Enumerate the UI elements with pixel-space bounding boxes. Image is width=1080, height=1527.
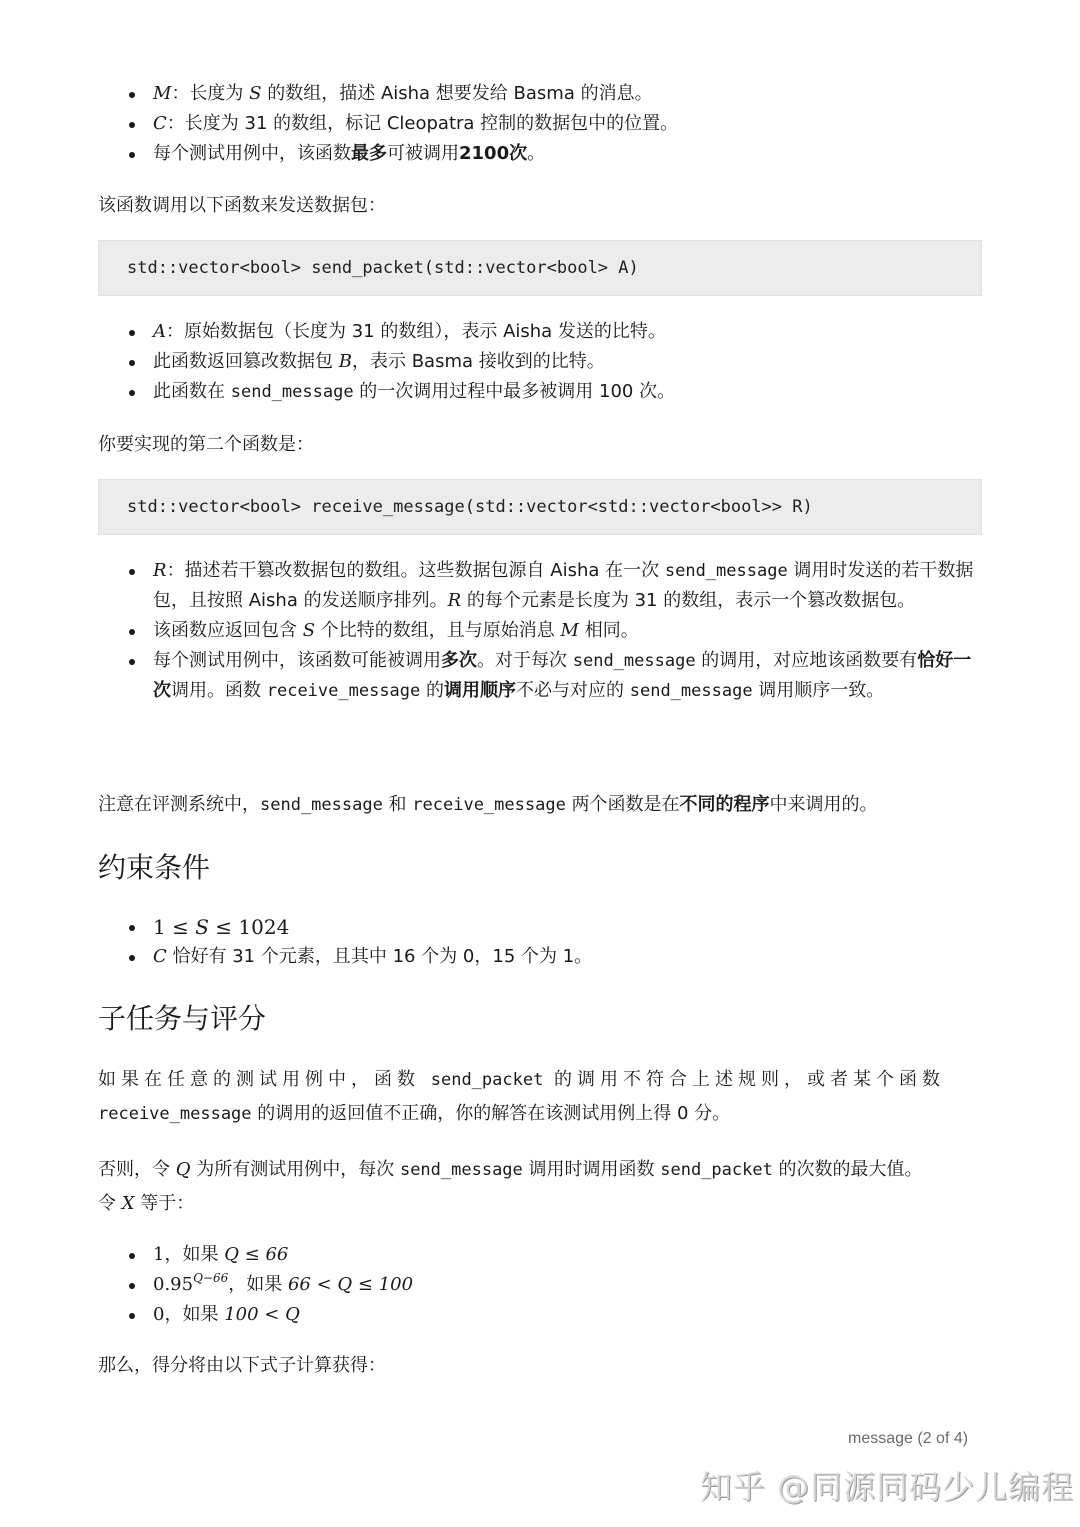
constraint-C: C 恰好有 31 个元素，且其中 16 个为 0，15 个为 1。	[98, 942, 982, 972]
list-item-packet-limit: 此函数在 send_message 的一次调用过程中最多被调用 100 次。	[98, 377, 982, 407]
code-send-packet: std::vector<bool> send_packet(std::vecto…	[127, 258, 639, 278]
receive-message-list: R：描述若干篡改数据包的数组。这些数据包源自 Aisha 在一次 send_me…	[98, 556, 982, 706]
constraints-list: 1 ≤ S ≤ 1024 C 恰好有 31 个元素，且其中 16 个为 0，15…	[98, 912, 982, 972]
list-item-call-limit: 每个测试用例中，该函数最多可被调用2100次。	[98, 139, 982, 169]
code-block-receive-message: std::vector<bool> receive_message(std::v…	[98, 479, 982, 535]
heading-constraints: 约束条件	[98, 848, 210, 888]
list-item-call-order: 每个测试用例中，该函数可能被调用多次。对于每次 send_message 的调用…	[98, 646, 982, 706]
list-item-C: C：长度为 31 的数组，标记 Cleopatra 控制的数据包中的位置。	[98, 109, 982, 139]
page-indicator: message (2 of 4)	[848, 1430, 968, 1448]
note-paragraph: 注意在评测系统中，send_message 和 receive_message …	[98, 788, 878, 822]
code-receive-message: std::vector<bool> receive_message(std::v…	[127, 497, 813, 517]
second-function-intro: 你要实现的第二个函数是：	[98, 428, 314, 462]
message-params-list: M：长度为 S 的数组，描述 Aisha 想要发给 Basma 的消息。 C：长…	[98, 79, 982, 169]
list-item-B: 此函数返回篡改数据包 B，表示 Basma 接收到的比特。	[98, 347, 982, 377]
x-case-1: 1，如果 Q ≤ 66	[98, 1240, 982, 1270]
scoring-paragraph-2: 否则，令 Q 为所有测试用例中，每次 send_message 调用时调用函数 …	[98, 1153, 982, 1221]
list-item-R: R：描述若干篡改数据包的数组。这些数据包源自 Aisha 在一次 send_me…	[98, 556, 982, 616]
x-cases-list: 1，如果 Q ≤ 66 0.95Q−66，如果 66 < Q ≤ 100 0，如…	[98, 1240, 982, 1330]
send-packet-list: A：原始数据包（长度为 31 的数组），表示 Aisha 发送的比特。 此函数返…	[98, 317, 982, 407]
list-item-M: M：长度为 S 的数组，描述 Aisha 想要发给 Basma 的消息。	[98, 79, 982, 109]
watermark: 知乎 @同源同码少儿编程	[700, 1462, 1074, 1508]
x-case-2: 0.95Q−66，如果 66 < Q ≤ 100	[98, 1270, 982, 1300]
list-item-return: 该函数应返回包含 S 个比特的数组，且与原始消息 M 相同。	[98, 616, 982, 646]
send-packet-intro: 该函数调用以下函数来发送数据包：	[98, 189, 386, 223]
scoring-paragraph-1: 如果在任意的测试用例中，函数 send_packet 的调用不符合上述规则，或者…	[98, 1063, 982, 1131]
x-case-3: 0，如果 100 < Q	[98, 1300, 982, 1330]
constraint-S: 1 ≤ S ≤ 1024	[98, 912, 982, 942]
list-item-A: A：原始数据包（长度为 31 的数组），表示 Aisha 发送的比特。	[98, 317, 982, 347]
final-paragraph: 那么，得分将由以下式子计算获得：	[98, 1349, 386, 1383]
heading-scoring: 子任务与评分	[98, 999, 266, 1039]
code-block-send-packet: std::vector<bool> send_packet(std::vecto…	[98, 240, 982, 296]
